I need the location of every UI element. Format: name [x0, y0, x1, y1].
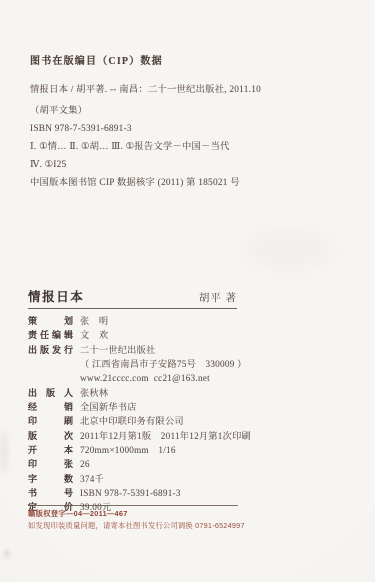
cip-block: 图书在版编目（CIP）数据 情报日本 / 胡平著. -- 南昌：二十一世纪出版社… [30, 52, 352, 192]
cip-line: Ⅳ. ①I25 [30, 156, 352, 174]
field-label: 书号 [28, 486, 73, 500]
colophon-row: 开本720mm×1000mm 1/16 [28, 443, 363, 457]
scan-smudge [245, 230, 335, 270]
colophon-row: 书号ISBN 978-7-5391-6891-3 [28, 486, 363, 500]
title-row: 情报日本 胡平 著 [28, 287, 237, 305]
cip-heading: 图书在版编目（CIP）数据 [30, 52, 352, 67]
field-label [28, 371, 73, 385]
cip-line: 中国版本图书馆 CIP 数据核字 (2011) 第 185021 号 [30, 174, 352, 192]
field-label: 版次 [28, 429, 73, 443]
field-label: 策划 [28, 314, 73, 328]
cip-line: Ⅰ. ①情… Ⅱ. ①胡… Ⅲ. ①报告文学－中国－当代 [30, 138, 352, 156]
quality-notice: 如发现印装质量问题，请寄本社图书发行公司调换 0791-6524997 [28, 521, 338, 532]
colophon-row: 字数374千 [28, 472, 363, 486]
colophon-row: 策划张 明 [28, 314, 363, 328]
field-label: 印刷 [28, 414, 73, 428]
colophon-rows: 策划张 明 责任编辑文 欢 出版发行二十一世纪出版社 （ 江西省南昌市子安路75… [28, 314, 363, 515]
field-value: 720mm×1000mm 1/16 [80, 443, 176, 457]
colophon-row: 责任编辑文 欢 [28, 328, 363, 342]
field-value: 北京中印联印务有限公司 [80, 414, 184, 428]
cip-line: ISBN 978-7-5391-6891-3 [30, 120, 352, 138]
field-value: 二十一世纪出版社 [80, 343, 156, 357]
colophon-row: 版次2011年12月第1版 2011年12月第1次印刷 [28, 429, 363, 443]
field-value: 文 欢 [80, 328, 108, 342]
field-value: 26 [80, 457, 90, 471]
field-label [28, 357, 73, 371]
field-value: （ 江西省南昌市子安路75号 330009 ） [80, 357, 247, 371]
field-label: 字数 [28, 472, 73, 486]
field-label: 责任编辑 [28, 328, 73, 342]
colophon-row: 出版发行二十一世纪出版社 [28, 343, 363, 357]
field-label: 出版发行 [28, 343, 73, 357]
footer-block: 赣版权登字—04—2011—467 如发现印装质量问题，请寄本社图书发行公司调换… [28, 509, 338, 531]
field-value: www.21cccc.com cc21@163.net [80, 371, 210, 385]
field-value: 张 明 [80, 314, 108, 328]
field-value: 2011年12月第1版 2011年12月第1次印刷 [80, 429, 251, 443]
field-value: 全国新华书店 [80, 400, 137, 414]
cip-line: （胡平文集） [30, 102, 352, 120]
field-label: 开本 [28, 443, 73, 457]
title-rule [28, 308, 237, 309]
book-title: 情报日本 [28, 287, 84, 305]
field-value: 张秋林 [80, 386, 108, 400]
scan-smudge [0, 428, 8, 476]
field-value: 374千 [80, 472, 104, 486]
scanned-copyright-page: 图书在版编目（CIP）数据 情报日本 / 胡平著. -- 南昌：二十一世纪出版社… [0, 0, 375, 582]
copyright-registration: 赣版权登字—04—2011—467 [28, 509, 338, 520]
field-label: 出版人 [28, 386, 73, 400]
footer-rule [28, 505, 238, 506]
cip-line: 情报日本 / 胡平著. -- 南昌：二十一世纪出版社, 2011.10 [30, 81, 352, 99]
colophon-block: 情报日本 胡平 著 策划张 明 责任编辑文 欢 出版发行二十一世纪出版社 （ 江… [28, 287, 363, 515]
colophon-row: 印刷北京中印联印务有限公司 [28, 414, 363, 428]
scan-smudge [4, 549, 10, 558]
field-label: 印张 [28, 457, 73, 471]
colophon-row: 经销全国新华书店 [28, 400, 363, 414]
field-label: 经销 [28, 400, 73, 414]
field-value: ISBN 978-7-5391-6891-3 [80, 486, 181, 500]
colophon-row: 出版人张秋林 [28, 386, 363, 400]
colophon-row: （ 江西省南昌市子安路75号 330009 ） [28, 357, 363, 371]
colophon-row: www.21cccc.com cc21@163.net [28, 371, 363, 385]
colophon-row: 印张26 [28, 457, 363, 471]
book-author: 胡平 著 [199, 290, 237, 305]
